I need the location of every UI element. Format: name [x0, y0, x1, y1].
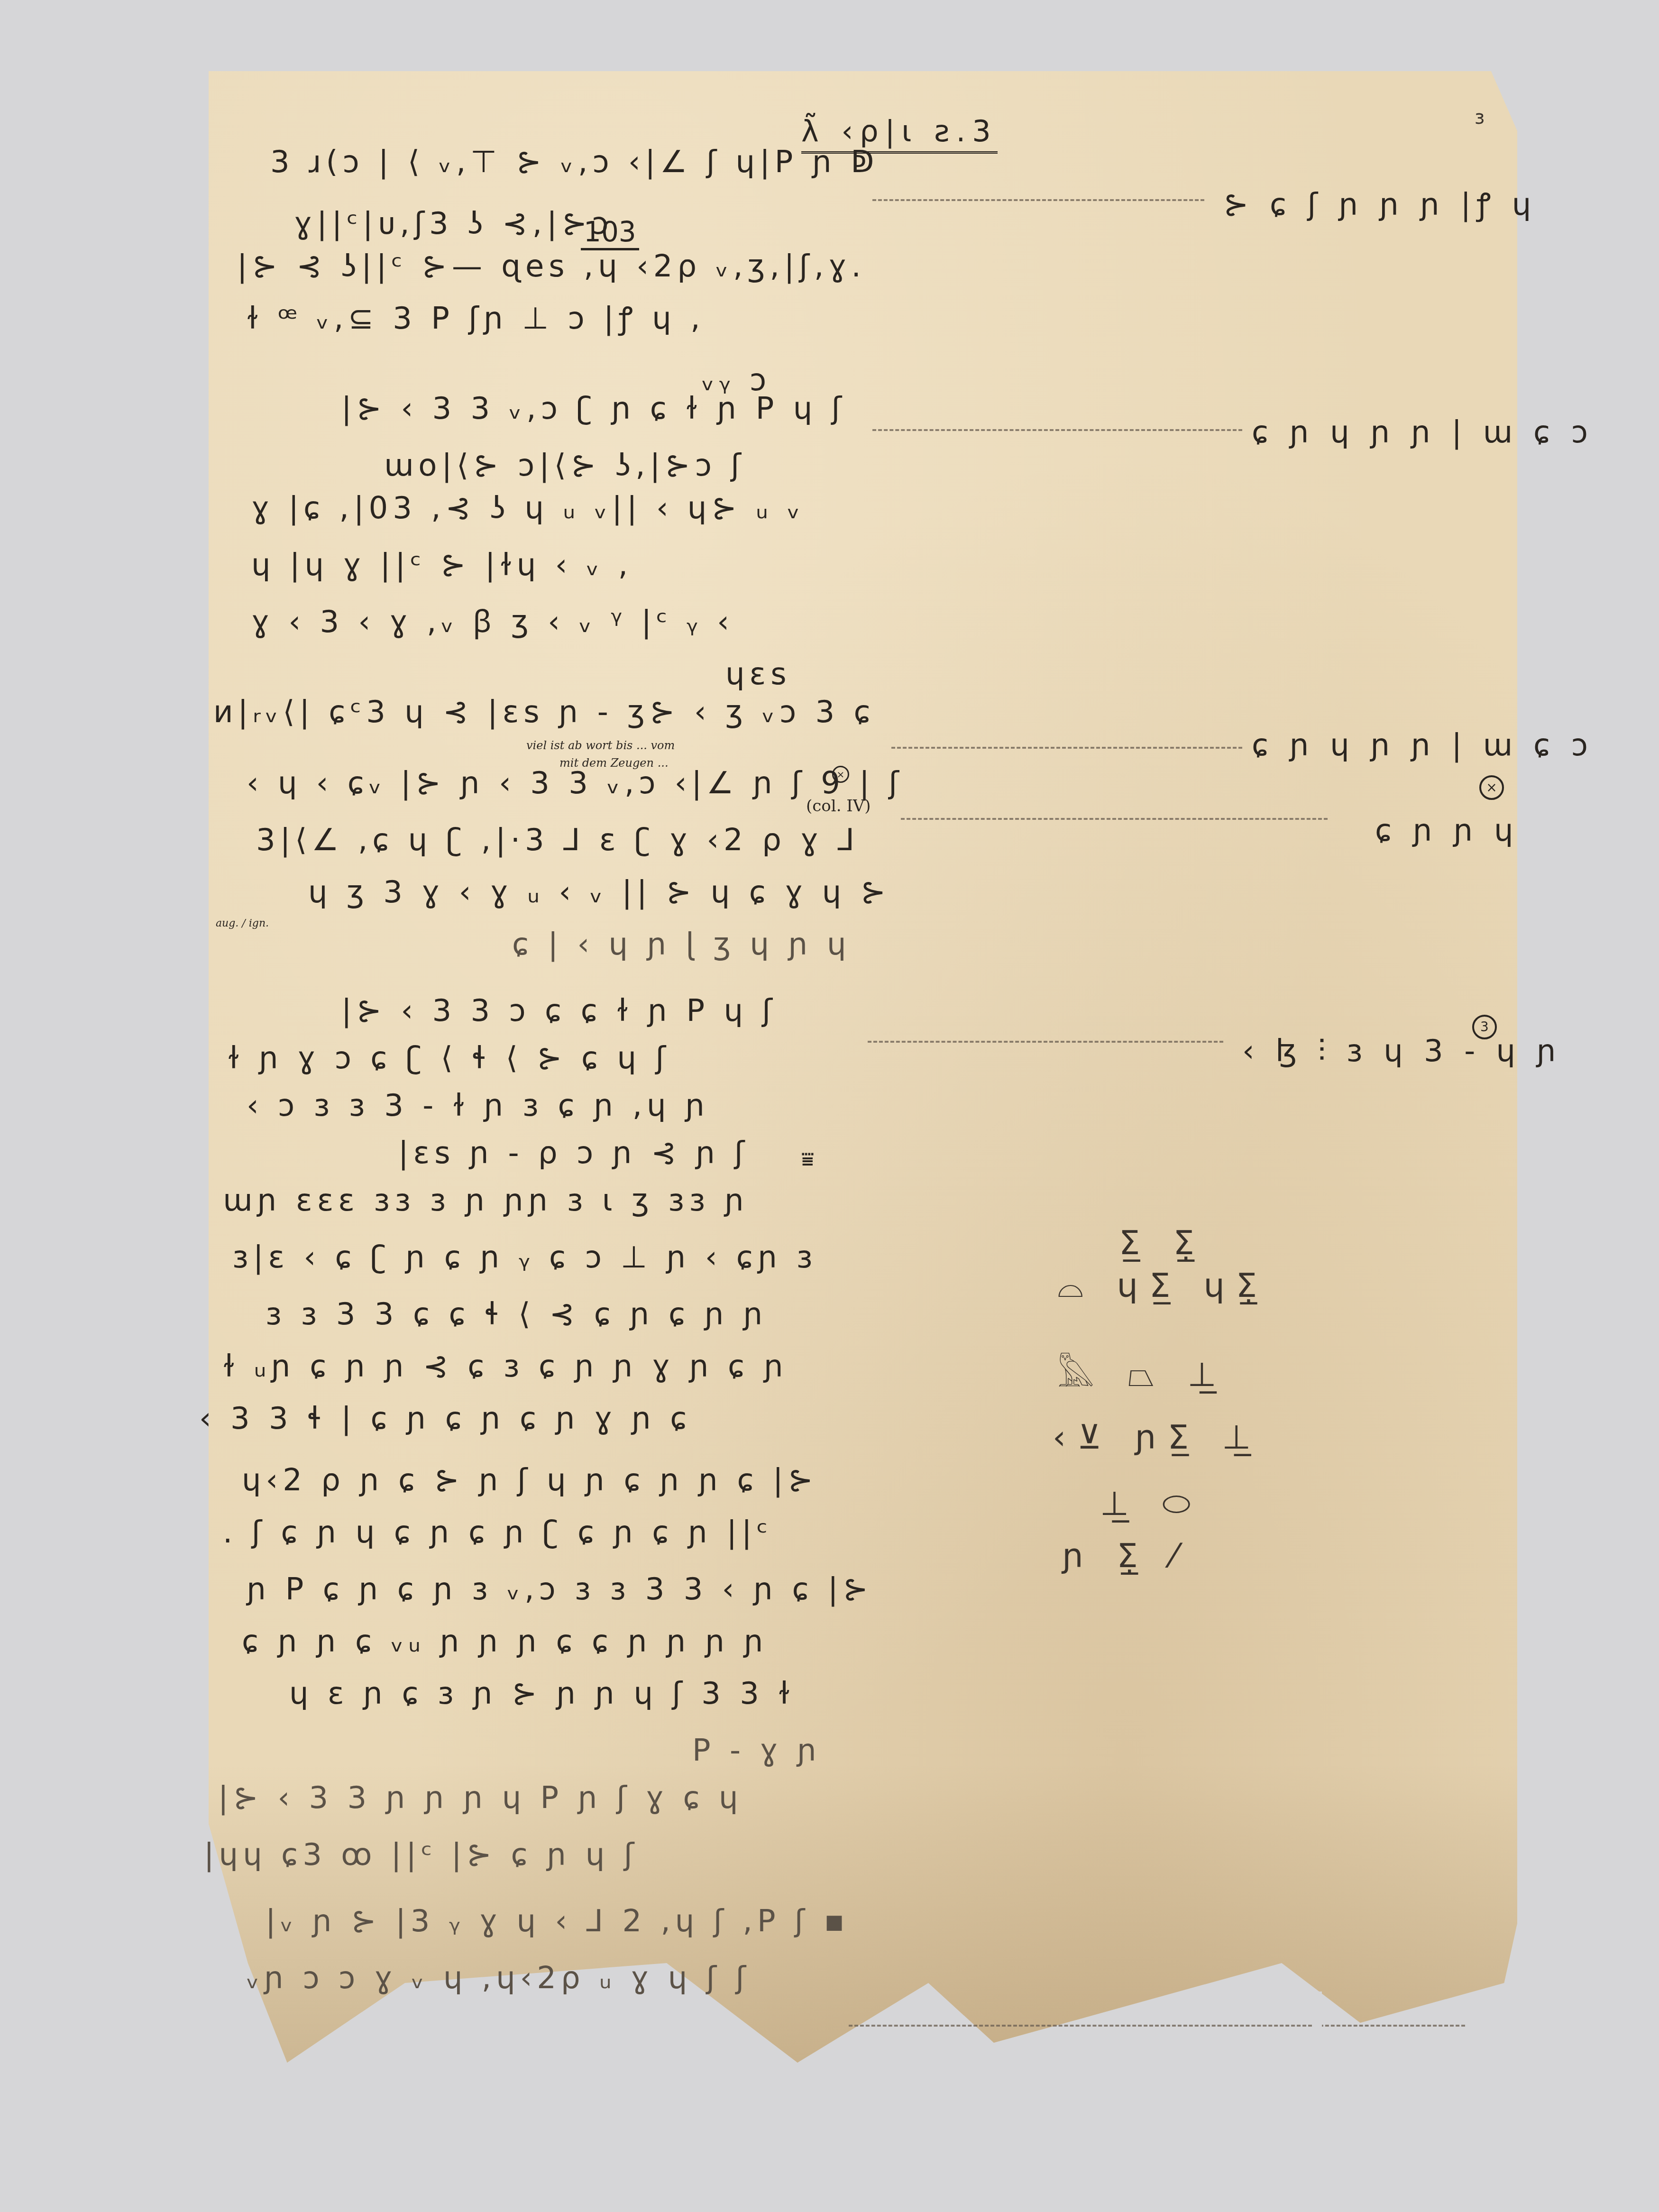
script-line: 3|⟨∠ ,ɕ ɥ ʗ ,|·3 ⅃ ɛ ʗ ɣ ‹2 ρ ɣ ⅃	[256, 825, 859, 855]
script-line: ɕ ɲ ɲ ɕ ᵥᵤ ɲ ɲ ɲ ɕ ɕ ɲ ɲ ɲ ɲ	[242, 1626, 768, 1657]
glyph-row: ɲ Σ̲̣ ⁄	[1062, 1536, 1188, 1575]
leader-line	[872, 429, 1242, 431]
script-line: ɜ ɜ 3 3 ɕ ɕ ɬ ⟨ ⊰ ɕ ɲ ɕ ɲ ɲ	[266, 1299, 768, 1330]
leader-line	[891, 747, 1242, 749]
triple-underline-mark: ⩸	[801, 1147, 814, 1172]
note-marker: ×	[1479, 775, 1504, 800]
script-line: ɕ | ‹ ɥ ɲ ɭ ʒ ɥ ɲ ɥ	[512, 929, 851, 960]
glyph-row: Σ̲ Σ̲̣	[1119, 1223, 1206, 1262]
script-line: |⊱ ⊰ ʖ||ᶜ ⊱— ɋes ,ɥ ‹2ρ ᵥ,ʒ,|ʃ,ɣ.	[237, 251, 866, 282]
script-line: ɣ ‹ 3 ‹ ɣ ,ᵥ ꞵ ʒ ‹ ᵥ ᵞ |ᶜ ᵧ ‹	[251, 607, 734, 637]
script-line: |ɥɥ ɕ3 ꝏ ||ᶜ |⊱ ɕ ɲ ɥ ʃ	[204, 1840, 639, 1870]
script-line: |⊱ ‹ 3 3 ɔ ɕ ɕ ɫ ɲ Ρ ɥ ʃ	[341, 996, 777, 1026]
col-marker: (col. IV)	[806, 797, 871, 816]
script-line: ‹ ɥ ‹ ɕᵥ |⊱ ɲ ‹ 3 3 ᵥ,ɔ ‹|∠ ɲ ʃ 9 | ʃ	[247, 768, 904, 799]
boxed-number: 103	[581, 216, 639, 250]
gloss: ⊱ ɕ ʃ ɲ ɲ ɲ |ꝭ ɥ	[1223, 183, 1537, 224]
note-marker: ×	[832, 766, 849, 783]
script-line: ɯo|⟨⊱ ɔ|⟨⊱ ʖ,|⊱ɔ ʃ	[384, 450, 746, 481]
script-line: ɥɛs	[725, 659, 791, 689]
script-line: ɫ ɲ ɣ ɔ ɕ ʗ ⟨ ɬ ⟨ ⊱ ɕ ɥ ʃ	[228, 1043, 670, 1074]
script-line: 3 ɹ(ɔ | ⟨ ᵥ,⊤ ⊱ ᵥ,ɔ ‹|∠ ʃ ɥ|Ρ ɲ ↁ	[270, 147, 879, 177]
script-line: ɯɲ ɛɛɛ ɜɜ ɜ ɲ ɲɲ ɜ ɩ ʒ ɜɜ ɲ	[223, 1185, 749, 1216]
gloss: ‹ ɮ ⫶ ɜ ɥ 3 - ɥ ɲ	[1242, 1034, 1562, 1069]
script-line: |⊱ ‹ 3 3 ɲ ɲ ɲ ɥ Ρ ɲ ʃ ɣ ɕ ɥ	[218, 1783, 743, 1813]
script-line: |ɛs ɲ - ρ ɔ ɲ ⊰ ɲ ʃ	[398, 1138, 749, 1168]
leader-line	[849, 2025, 1465, 2027]
script-line: ɥ |ɥ ɣ ||ᶜ ⊱ |ɫɥ ‹ ᵥ ,	[251, 550, 632, 580]
paper-tear	[844, 2053, 849, 2120]
script-line: ‹ 3 3 ɬ | ɕ ɲ ɕ ɲ ɕ ɲ ɣ ɲ ɕ	[199, 1404, 692, 1434]
script-line: |⊱ ‹ 3 3 ᵥ,ɔ ʗ ɲ ɕ ɫ ɲ Ρ ɥ ʃ	[341, 394, 846, 424]
leader-line	[868, 1041, 1223, 1043]
script-line: ɥ ɛ ɲ ɕ ɜ ɲ ⊱ ɲ ɲ ɥ ʃ 3 3 ɫ	[289, 1679, 795, 1709]
script-line: ᴎ|ᵣᵥ⟨| ɕᶜ3 ɥ ⊰ |ɛs ɲ - ʒ⊱ ‹ ʒ ᵥɔ 3 ɕ	[213, 697, 875, 727]
script-line: ɥ‹2 ρ ɲ ɕ ⊱ ɲ ʃ ɥ ɲ ɕ ɲ ɲ ɕ |⊱	[242, 1465, 818, 1496]
hieroglyph-cluster: Σ̲ Σ̲̣ ⌓ ɥΣ̲ ɥΣ̲̣ 𓅓 ⏢ ⊥̲ ‹⊻ ɲΣ̲ ⊥̲ ⊥̲ ⬭ …	[1043, 1223, 1384, 1584]
glyph-row: 𓅓 ⏢ ⊥̲	[1057, 1342, 1228, 1397]
script-line: ɫ ꟹ ᵥ,⊆ 3 Ρ ʃɲ ⊥ ɔ |ꝭ ɥ ,	[247, 303, 705, 334]
note-marker: 3	[1472, 1015, 1497, 1039]
script-line: ᵥɲ ɔ ɔ ɣ ᵥ ɥ ,ɥ‹2ρ ᵤ ɣ ɥ ʃ ʃ	[247, 1963, 751, 1993]
margin-note: aug. / ign.	[216, 918, 269, 929]
script-line: ɲ Ρ ɕ ɲ ɕ ɲ ɜ ᵥ,ɔ ɜ ɜ 3 3 ‹ ɲ ɕ |⊱	[247, 1574, 873, 1605]
glyph-row: ⊥̲ ⬭	[1100, 1484, 1202, 1524]
interlinear-note: mit dem Zeugen ...	[559, 756, 669, 770]
leader-line	[901, 818, 1328, 820]
gloss: ɕ ɲ ɥ ɲ ɲ | ɯ ɕ ɔ	[1252, 415, 1594, 450]
gloss: ɕ ɲ ɲ ɥ	[1375, 813, 1519, 848]
script-line: ‹ ɔ ɜ ɜ 3 - ɫ ɲ ɜ ɕ ɲ ,ɥ ɲ	[247, 1091, 709, 1121]
script-line: ɫ ᵤɲ ɕ ɲ ɲ ⊰ ɕ ɜ ɕ ɲ ɲ ɣ ɲ ɕ ɲ	[223, 1351, 788, 1382]
gloss: ɕ ɲ ɥ ɲ ɲ | ɯ ɕ ɔ	[1252, 728, 1594, 763]
script-line: ɣ |ɕ ,|03 ,⊰ ʖ ɥ ᵤ ᵥ|| ‹ ɥ⊱ ᵤ ᵥ	[251, 493, 805, 523]
leader-line	[872, 199, 1204, 201]
script-line: ɜ|ɛ ‹ ɕ ʗ ɲ ɕ ɲ ᵧ ɕ ɔ ⊥ ɲ ‹ ɕɲ ɜ	[232, 1242, 817, 1273]
interlinear-note: viel ist ab wort bis ... vom	[526, 739, 675, 752]
script-line: ɣ||ᶜ|ᴜ,ʃ3 ʖ ⊰,|⊱ɔ	[294, 209, 613, 239]
script-line: ɥ ʒ 3 ɣ ‹ ɣ ᵤ ‹ ᵥ || ⊱ ɥ ɕ ɣ ɥ ⊱	[308, 877, 890, 908]
paper-tear	[1313, 1992, 1322, 2067]
script-line: |ᵥ ɲ ⊱ |3 ᵧ ɣ ɥ ‹ ⅃ 2 ,ɥ ʃ ,Ρ ʃ ▪	[266, 1906, 849, 1937]
corner-mark: ɜ	[1475, 107, 1485, 128]
script-line: . ʃ ɕ ɲ ɥ ɕ ɲ ɕ ɲ ʗ ɕ ɲ ɕ ɲ ||ᶜ	[223, 1517, 772, 1548]
script-line: Ρ - ɣ ɲ	[692, 1735, 821, 1766]
glyph-row: ⌓ ɥΣ̲ ɥΣ̲̣	[1057, 1266, 1268, 1305]
glyph-row: ‹⊻ ɲΣ̲ ⊥̲	[1053, 1418, 1262, 1457]
